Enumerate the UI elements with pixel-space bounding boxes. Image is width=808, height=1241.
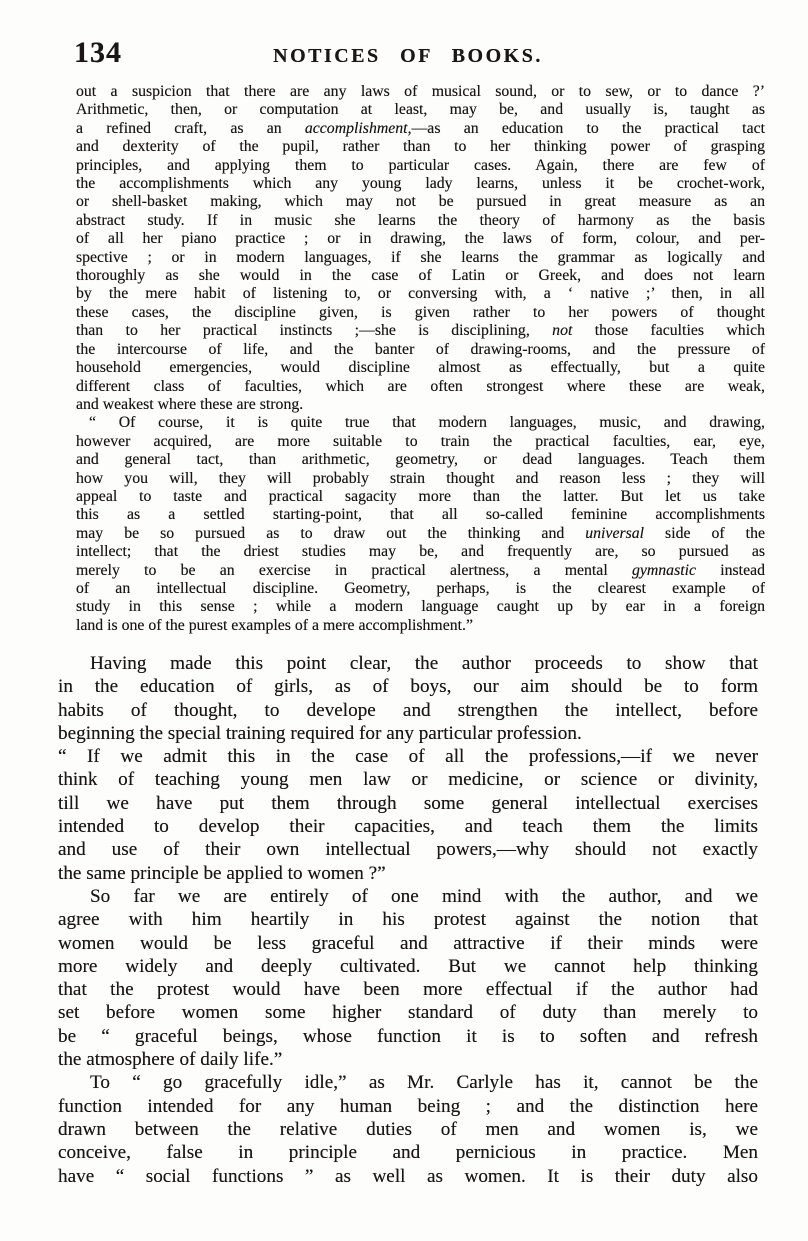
paragraph: “ If we admit this in the case of all th…: [58, 745, 758, 885]
paragraph: To “ go gracefully idle,” as Mr. Carlyle…: [58, 1071, 758, 1187]
text-line: the same principle be applied to women ?…: [58, 862, 758, 885]
text-line: and weakest where these are strong.: [76, 396, 765, 414]
text-line: this as a settled starting-point, that a…: [76, 506, 765, 524]
text-line: more widely and deeply cultivated. But w…: [58, 955, 758, 978]
text-line: principles, and applying them to particu…: [76, 157, 765, 175]
text-line: be “ graceful beings, whose function it …: [58, 1025, 758, 1048]
text-line: Arithmetic, then, or computation at leas…: [76, 101, 765, 119]
text-line: intended to develop their capacities, an…: [58, 815, 758, 838]
text-line: may be so pursued as to draw out the thi…: [76, 525, 765, 543]
text-line: of all her piano practice ; or in drawin…: [76, 230, 765, 248]
text-line: agree with him heartily in his protest a…: [58, 908, 758, 931]
paragraph: out a suspicion that there are any laws …: [76, 83, 765, 414]
text-line: different class of faculties, which are …: [76, 378, 765, 396]
text-line: however acquired, are more suitable to t…: [76, 433, 765, 451]
text-line: appeal to taste and practical sagacity m…: [76, 488, 765, 506]
text-line: “ Of course, it is quite true that moder…: [76, 414, 765, 432]
text-line: land is one of the purest examples of a …: [76, 617, 765, 635]
text-line: of an intellectual discipline. Geometry,…: [76, 580, 765, 598]
excerpt-block: out a suspicion that there are any laws …: [76, 83, 765, 635]
text-line: and dexterity of the pupil, rather than …: [76, 138, 765, 156]
text-line: till we have put them through some gener…: [58, 792, 758, 815]
text-line: household emergencies, would discipline …: [76, 359, 765, 377]
text-line: study in this sense ; while a modern lan…: [76, 598, 765, 616]
text-line: beginning the special training required …: [58, 722, 758, 745]
text-line: the atmosphere of daily life.”: [58, 1048, 758, 1071]
text-line: or shell-basket making, which may not be…: [76, 193, 765, 211]
text-line: set before women some higher standard of…: [58, 1001, 758, 1024]
text-line: drawn between the relative duties of men…: [58, 1118, 758, 1141]
text-line: conceive, false in principle and pernici…: [58, 1141, 758, 1164]
paragraph: Having made this point clear, the author…: [58, 652, 758, 745]
body-text-block: Having made this point clear, the author…: [58, 652, 758, 1188]
text-line: how you will, they will probably strain …: [76, 470, 765, 488]
text-line: the accomplishments which any young lady…: [76, 175, 765, 193]
text-line: merely to be an exercise in practical al…: [76, 562, 765, 580]
text-line: think of teaching young men law or medic…: [58, 768, 758, 791]
text-line: the intercourse of life, and the banter …: [76, 341, 765, 359]
text-line: “ If we admit this in the case of all th…: [58, 745, 758, 768]
text-line: that the protest would have been more ef…: [58, 978, 758, 1001]
book-page: 134 NOTICES OF BOOKS. out a suspicion th…: [0, 0, 808, 1241]
text-line: spective ; or in modern languages, if sh…: [76, 249, 765, 267]
text-line: intellect; that the driest studies may b…: [76, 543, 765, 561]
text-line: than to her practical instincts ;—she is…: [76, 322, 765, 340]
text-line: these cases, the discipline given, is gi…: [76, 304, 765, 322]
text-line: out a suspicion that there are any laws …: [76, 83, 765, 101]
text-line: by the mere habit of listening to, or co…: [76, 285, 765, 303]
paragraph: So far we are entirely of one mind with …: [58, 885, 758, 1071]
text-line: in the education of girls, as of boys, o…: [58, 675, 758, 698]
text-line: function intended for any human being ; …: [58, 1095, 758, 1118]
text-line: To “ go gracefully idle,” as Mr. Carlyle…: [58, 1071, 758, 1094]
text-line: and general tact, than arithmetic, geome…: [76, 451, 765, 469]
text-line: So far we are entirely of one mind with …: [58, 885, 758, 908]
text-line: women would be less graceful and attract…: [58, 932, 758, 955]
text-line: a refined craft, as an accomplishment,—a…: [76, 120, 765, 138]
text-line: habits of thought, to develope and stren…: [58, 699, 758, 722]
text-line: thoroughly as she would in the case of L…: [76, 267, 765, 285]
text-line: have “ social functions ” as well as wom…: [58, 1165, 758, 1188]
text-line: Having made this point clear, the author…: [58, 652, 758, 675]
paragraph: “ Of course, it is quite true that moder…: [76, 414, 765, 635]
text-line: and use of their own intellectual powers…: [58, 838, 758, 861]
running-header: NOTICES OF BOOKS.: [58, 45, 758, 68]
text-line: abstract study. If in music she learns t…: [76, 212, 765, 230]
